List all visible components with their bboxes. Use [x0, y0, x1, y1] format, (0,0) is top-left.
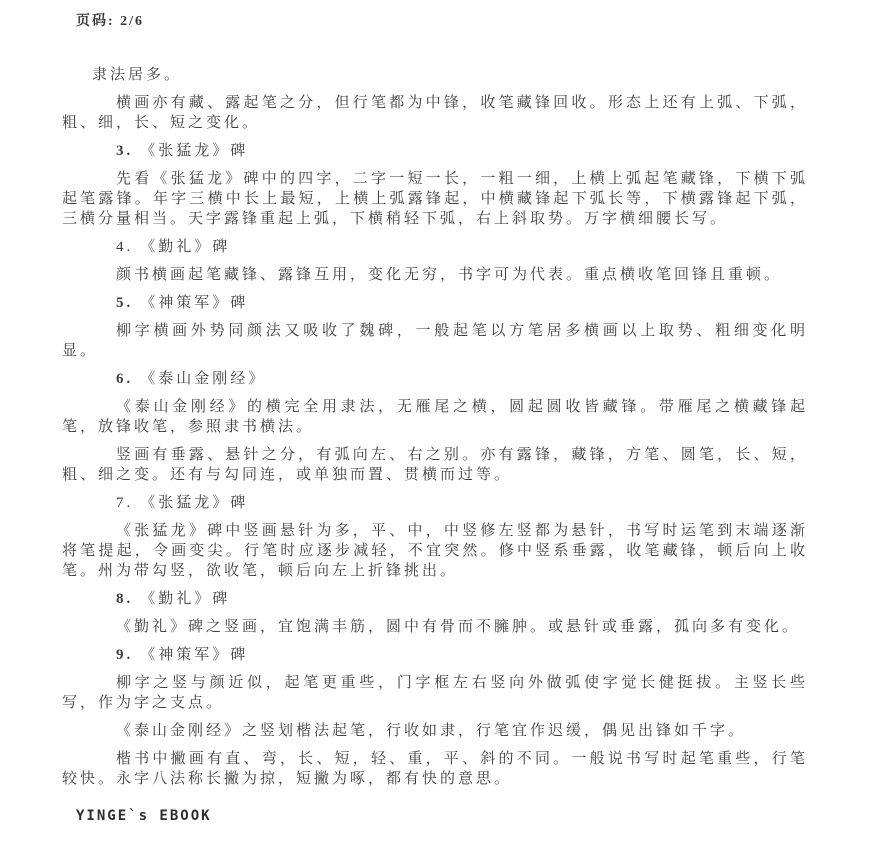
paragraph: 《泰山金刚经》的横完全用隶法，无雁尾之横，圆起圆收皆藏锋。带雁尾之横藏锋起笔，放…: [62, 397, 808, 437]
ebook-brand-footer: YINGE`s EBOOK: [76, 808, 212, 824]
paragraph: 柳字横画外势同颜法又吸收了魏碑，一般起笔以方笔居多横画以上取势、粗细变化明显。: [62, 321, 808, 361]
paragraph: 横画亦有藏、露起笔之分，但行笔都为中锋，收笔藏锋回收。形态上还有上弧、下弧，粗、…: [62, 93, 808, 133]
paragraph: 竖画有垂露、悬针之分，有弧向左、右之别。亦有露锋，藏锋，方笔、圆笔，长、短，粗、…: [62, 445, 808, 485]
section-number: 4.: [116, 239, 133, 255]
paragraph: 《泰山金刚经》之竖划楷法起笔，行收如隶，行笔宜作迟缓，偶见出锋如千字。: [62, 721, 808, 741]
document-body: 隶法居多。 横画亦有藏、露起笔之分，但行笔都为中锋，收笔藏锋回收。形态上还有上弧…: [62, 65, 808, 797]
section-title: 《神策军》碑: [140, 295, 248, 311]
paragraph: 《勤礼》碑之竖画，宜饱满丰筋，圆中有骨而不臃肿。或悬针或垂露，孤向多有变化。: [62, 617, 808, 637]
section-title: 《张猛龙》碑: [140, 143, 248, 159]
section-heading-5: 5.《神策军》碑: [62, 293, 808, 313]
paragraph: 先看《张猛龙》碑中的四字，二字一短一长，一粗一细，上横上弧起笔藏锋，下横下弧起笔…: [62, 169, 808, 229]
section-heading-9: 9.《神策军》碑: [62, 645, 808, 665]
paragraph: 《张猛龙》碑中竖画悬针为多，平、中，中竖修左竖都为悬针，书写时运笔到末端逐渐将笔…: [62, 521, 808, 581]
section-title: 《泰山金刚经》: [140, 371, 266, 387]
section-title: 《神策军》碑: [140, 647, 248, 663]
section-heading-8: 8.《勤礼》碑: [62, 589, 808, 609]
section-heading-7: 7.《张猛龙》碑: [62, 493, 808, 513]
paragraph: 楷书中撇画有直、弯，长、短，轻、重，平、斜的不同。一般说书写时起笔重些，行笔较快…: [62, 749, 808, 789]
section-number: 8.: [116, 591, 133, 607]
section-title: 《张猛龙》碑: [140, 495, 248, 511]
paragraph: 颜书横画起笔藏锋、露锋互用，变化无穷，书字可为代表。重点横收笔回锋且重顿。: [62, 265, 808, 285]
section-number: 5.: [116, 295, 133, 311]
section-number: 6.: [116, 371, 133, 387]
section-number: 9.: [116, 647, 133, 663]
section-title: 《勤礼》碑: [140, 239, 230, 255]
section-number: 3.: [116, 143, 133, 159]
section-heading-6: 6.《泰山金刚经》: [62, 369, 808, 389]
section-number: 7.: [116, 495, 133, 511]
continuation-line: 隶法居多。: [62, 65, 808, 85]
section-title: 《勤礼》碑: [140, 591, 230, 607]
section-heading-3: 3.《张猛龙》碑: [62, 141, 808, 161]
paragraph: 柳字之竖与颜近似，起笔更重些，门字框左右竖向外做弧使字觉长健挺拔。主竖长些写，作…: [62, 673, 808, 713]
page-number-label: 页码: 2/6: [76, 10, 144, 30]
section-heading-4: 4.《勤礼》碑: [62, 237, 808, 257]
